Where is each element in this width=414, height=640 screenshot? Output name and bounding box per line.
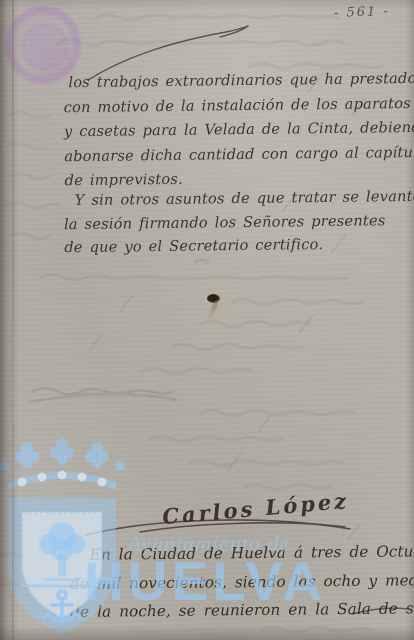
text-line: En la Ciudad de Huelva á tres de Octubre <box>70 537 414 569</box>
text-line: de la noche, se reunieron en la Sala de … <box>70 594 414 626</box>
paragraph-new-session: En la Ciudad de Huelva á tres de Octubre… <box>70 537 414 627</box>
text-line: la sesión firmando los Señores presentes <box>64 208 414 236</box>
text-line: de que yo el Secretario certifico. <box>64 232 414 260</box>
paragraph-closing-session: Y sin otros asuntos de que tratar se lev… <box>64 185 414 260</box>
manuscript-page: - 561 - los trabajos extraordinarios que… <box>0 0 414 640</box>
text-line: los trabajos extraordinarios que ha pres… <box>63 67 414 96</box>
page-number: - 561 - <box>334 4 390 21</box>
paragraph-works: los trabajos extraordinarios que ha pres… <box>63 67 414 194</box>
text-line: abonarse dicha cantidad con cargo al cap… <box>64 141 414 170</box>
gutter-fold-line <box>12 0 14 640</box>
text-line: de mil novecientos, siendo las ocho y me… <box>70 566 414 598</box>
